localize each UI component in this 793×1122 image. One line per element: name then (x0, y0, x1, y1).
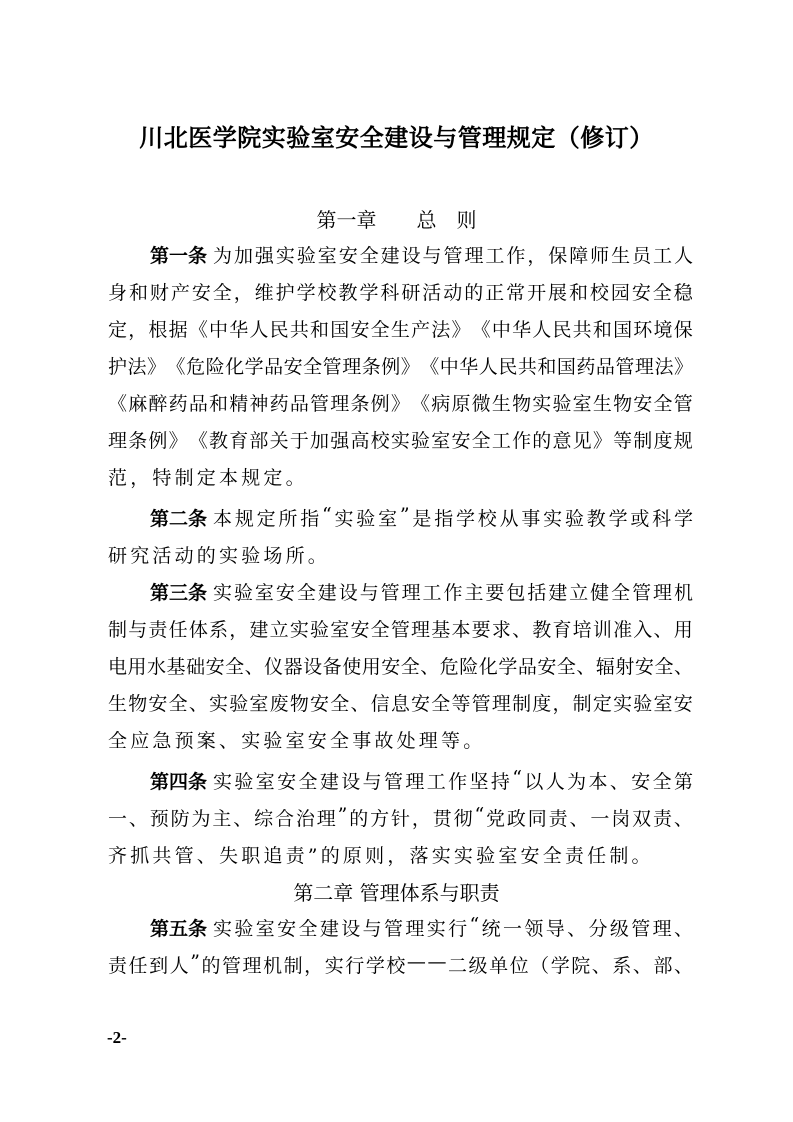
article-1-line-5: 《麻醉药品和精神药品管理条例》《病原微生物实验室生物安全管 (108, 389, 693, 419)
document-page: 川北医学院实验室安全建设与管理规定（修订） 第一章 总 则 第一条 为加强实验室… (0, 0, 793, 1122)
chapter-heading-1: 第一章 总 则 (0, 204, 793, 233)
article-1-line-4: 护法》《危险化学品安全管理条例》《中华人民共和国药品管理法》 (108, 352, 693, 382)
article-1-line-6: 理条例》《教育部关于加强高校实验室安全工作的意见》等制度规 (108, 426, 693, 456)
article-3-line-1: 第三条 实验室安全建设与管理工作主要包括建立健全管理机 (150, 578, 693, 608)
article-5-line-2: 责任到人”的管理机制，实行学校——二级单位（学院、系、部、 (108, 951, 693, 981)
article-label: 第五条 (150, 914, 207, 944)
article-1-line-2: 身和财产安全，维护学校教学科研活动的正常开展和校园安全稳 (108, 278, 693, 308)
page-number: -2- (107, 1028, 127, 1048)
article-1-line-7: 范，特制定本规定。 (108, 463, 693, 493)
article-label: 第三条 (150, 578, 207, 608)
article-text: 本规定所指“实验室”是指学校从事实验教学或科学 (213, 504, 693, 534)
article-2-line-2: 研究活动的实验场所。 (108, 541, 693, 571)
chapter-heading-2: 第二章 管理体系与职责 (0, 877, 793, 906)
article-1-line-3: 定，根据《中华人民共和国安全生产法》《中华人民共和国环境保 (108, 315, 693, 345)
article-text: 为加强实验室安全建设与管理工作，保障师生员工人 (213, 241, 693, 271)
article-3-line-5: 全应急预案、实验室安全事故处理等。 (108, 726, 693, 756)
article-5-line-1: 第五条 实验室安全建设与管理实行“统一领导、分级管理、 (150, 914, 693, 944)
article-4-line-2: 一、预防为主、综合治理”的方针，贯彻“党政同责、一岗双责、 (108, 804, 693, 834)
article-4-line-1: 第四条 实验室安全建设与管理工作坚持“以人为本、安全第 (150, 767, 693, 797)
article-1-line-1: 第一条 为加强实验室安全建设与管理工作，保障师生员工人 (150, 241, 693, 271)
article-3-line-3: 电用水基础安全、仪器设备使用安全、危险化学品安全、辐射安全、 (108, 652, 693, 682)
article-label: 第四条 (150, 767, 207, 797)
article-4-line-3: 齐抓共管、失职追责”的原则，落实实验室安全责任制。 (108, 841, 693, 871)
article-label: 第一条 (150, 241, 207, 271)
article-3-line-4: 生物安全、实验室废物安全、信息安全等管理制度，制定实验室安 (108, 689, 693, 719)
document-title: 川北医学院实验室安全建设与管理规定（修订） (0, 118, 793, 153)
article-text: 实验室安全建设与管理实行“统一领导、分级管理、 (213, 914, 693, 944)
article-text: 实验室安全建设与管理工作坚持“以人为本、安全第 (213, 767, 693, 797)
article-text: 实验室安全建设与管理工作主要包括建立健全管理机 (213, 578, 693, 608)
article-2-line-1: 第二条 本规定所指“实验室”是指学校从事实验教学或科学 (150, 504, 693, 534)
article-3-line-2: 制与责任体系，建立实验室安全管理基本要求、教育培训准入、用 (108, 615, 693, 645)
article-label: 第二条 (150, 504, 207, 534)
